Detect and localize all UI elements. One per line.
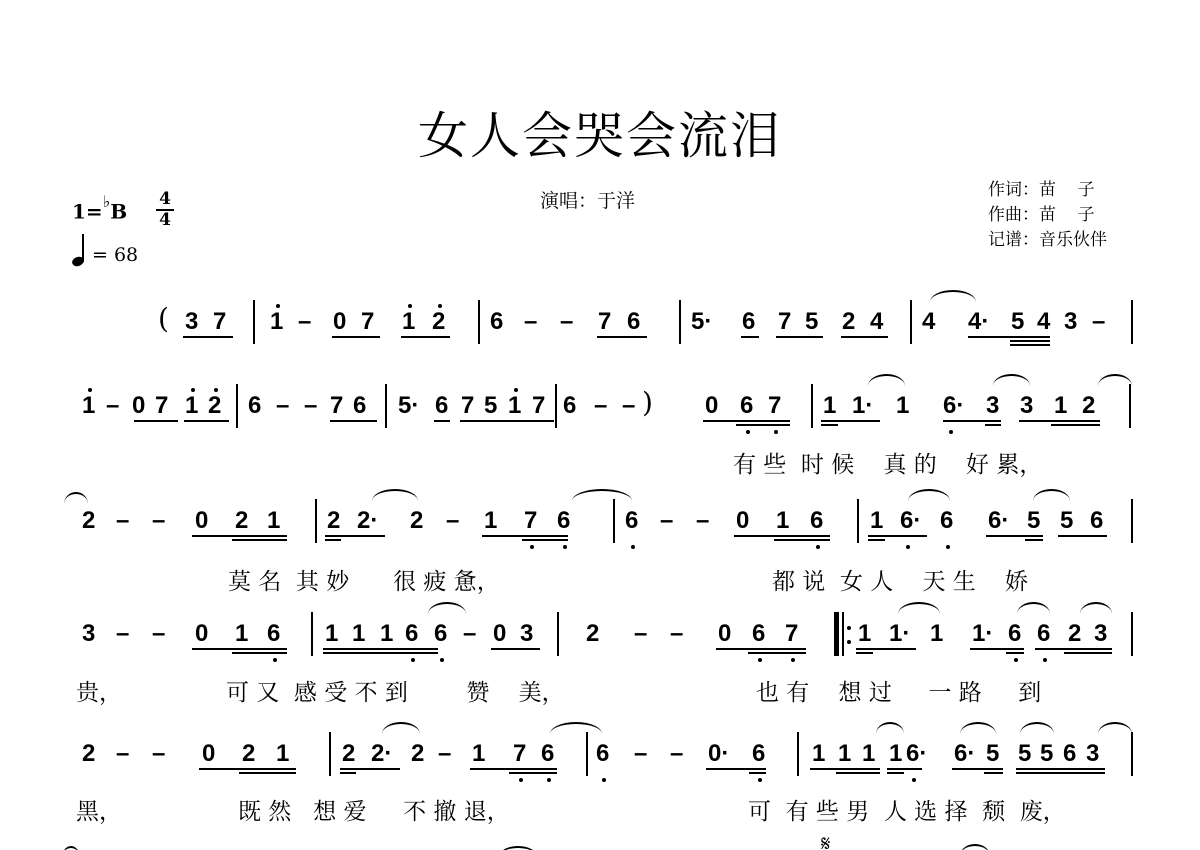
high-octave-dot: [88, 388, 92, 392]
note: 6: [434, 620, 447, 648]
note: 6: [940, 507, 953, 535]
low-octave-dot: [631, 545, 635, 549]
slur-mark: [62, 846, 80, 850]
beam-underline: [986, 535, 1043, 537]
low-octave-dot: [758, 658, 762, 662]
note: 2: [208, 392, 221, 420]
note: 7: [213, 308, 226, 336]
beam-underline: [134, 420, 178, 422]
beam-underline: [199, 768, 296, 770]
singer-credit: 演唱：于洋: [540, 186, 635, 213]
composer-credit: 作曲：苗 子: [988, 203, 1107, 228]
note: 1: [267, 507, 280, 535]
note: 6: [557, 507, 570, 535]
high-octave-dot: [438, 304, 442, 308]
high-octave-dot: [514, 388, 518, 392]
high-octave-dot: [214, 388, 218, 392]
beam-underline: [776, 336, 823, 338]
lyric-text: 有 些 时 候 真 的 好 累，: [733, 446, 1042, 479]
credits-block: 作词：苗 子 作曲：苗 子 记谱：音乐伙伴: [988, 178, 1107, 253]
beam-underline: [232, 652, 287, 654]
slur-mark: [1033, 489, 1070, 501]
beam-underline: [774, 539, 830, 541]
lyricist-credit: 作词：苗 子: [988, 178, 1107, 203]
lyric-text: 莫 名 其 妙 很 疲 惫，: [228, 563, 500, 596]
note: –: [634, 740, 647, 768]
beam-underline: [325, 535, 385, 537]
note: 2: [410, 507, 423, 535]
note: 2: [1068, 620, 1081, 648]
lyric-text: 可 有 些 男 人 选 择 颓 废，: [748, 793, 1066, 826]
note: 1: [82, 392, 95, 420]
note: 6: [1037, 620, 1050, 648]
note: 5: [1060, 507, 1073, 535]
note: 4: [1037, 308, 1050, 336]
note: 1: [930, 620, 943, 648]
note: 2·: [371, 740, 392, 768]
note: –: [560, 308, 573, 336]
note: 6·: [906, 740, 927, 768]
note: 4: [870, 308, 883, 336]
segno-icon: 𝄋: [821, 832, 830, 850]
barline: [329, 732, 331, 776]
slur-mark: [930, 290, 976, 302]
note: 3: [1020, 392, 1033, 420]
note: 1: [352, 620, 365, 648]
note: –: [696, 507, 709, 535]
beam-underline: [460, 420, 507, 422]
note: 7: [524, 507, 537, 535]
note: –: [116, 620, 129, 648]
note: 3: [185, 308, 198, 336]
beam-underline: [821, 420, 880, 422]
note: 6: [627, 308, 640, 336]
barline: [1131, 499, 1133, 543]
note: 7: [532, 392, 545, 420]
beam-underline: [856, 652, 873, 654]
note: 1: [185, 392, 198, 420]
barline: [555, 384, 557, 428]
note: –: [276, 392, 289, 420]
low-octave-dot: [440, 658, 444, 662]
low-octave-dot: [791, 658, 795, 662]
note: 2: [586, 620, 599, 648]
note: 5: [484, 392, 497, 420]
barline: [910, 300, 912, 344]
beam-underline: [706, 768, 766, 770]
note: 1: [896, 392, 909, 420]
note: 5·: [691, 308, 712, 336]
beam-underline: [716, 648, 806, 650]
note: 6: [353, 392, 366, 420]
beam-underline: [887, 768, 922, 770]
note: –: [106, 392, 119, 420]
barline: [557, 612, 559, 656]
beam-underline: [1010, 344, 1050, 346]
low-octave-dot: [411, 658, 415, 662]
barline: [1131, 732, 1133, 776]
note: 1: [325, 620, 338, 648]
beam-underline: [507, 420, 554, 422]
note: 7: [768, 392, 781, 420]
note: 0: [132, 392, 145, 420]
barline: [385, 384, 387, 428]
note: 1: [402, 308, 415, 336]
slur-mark: [993, 374, 1030, 386]
note: 5: [805, 308, 818, 336]
note: –: [152, 740, 165, 768]
note: 6: [752, 620, 765, 648]
tempo-value: = 68: [92, 244, 138, 266]
note: 0: [333, 308, 346, 336]
beam-underline: [1010, 340, 1050, 342]
note: 1: [858, 620, 871, 648]
beam-underline: [703, 420, 790, 422]
note: 6: [563, 392, 576, 420]
beam-underline: [340, 768, 400, 770]
transcriber-credit: 记谱：音乐伙伴: [988, 228, 1107, 253]
slur-mark: [1098, 722, 1132, 734]
repeat-start-thin: [842, 612, 844, 656]
beam-underline: [192, 648, 287, 650]
beam-underline: [323, 648, 438, 650]
beam-underline: [482, 535, 568, 537]
beam-underline: [232, 539, 287, 541]
beam-underline: [325, 539, 341, 541]
note: 2·: [357, 507, 378, 535]
low-octave-dot: [949, 430, 953, 434]
barline: [613, 499, 615, 543]
note: 6: [740, 392, 753, 420]
note: 3: [986, 392, 999, 420]
note: 1: [812, 740, 825, 768]
note: 6: [625, 507, 638, 535]
song-title: 女人会哭会流泪: [0, 96, 1200, 168]
beam-underline: [1035, 648, 1112, 650]
beam-underline: [1051, 424, 1100, 426]
note: 6: [541, 740, 554, 768]
beam-underline: [434, 420, 450, 422]
note: 6: [1090, 507, 1103, 535]
note: 6: [752, 740, 765, 768]
beam-underline: [856, 648, 916, 650]
lyric-text: 贵，: [76, 674, 122, 707]
beam-underline: [810, 768, 880, 770]
lyric-text: 也 有 想 过 一 路 到: [756, 674, 1041, 707]
barline: [315, 499, 317, 543]
note: 1: [862, 740, 875, 768]
time-signature: 4 4: [156, 191, 174, 229]
note: 0: [718, 620, 731, 648]
beam-underline: [736, 424, 790, 426]
beam-underline: [868, 535, 927, 537]
slur-mark: [572, 489, 632, 501]
beam-underline: [470, 768, 557, 770]
note: 6: [405, 620, 418, 648]
notation-line: 2––02122·2–1766––0·611116·6·55563黑，既 然 想…: [0, 0, 1200, 100]
low-octave-dot: [774, 430, 778, 434]
high-octave-dot: [276, 304, 280, 308]
barline: [253, 300, 255, 344]
beam-underline: [841, 336, 888, 338]
beam-underline: [887, 772, 904, 774]
beam-underline: [749, 772, 766, 774]
note: 5: [1018, 740, 1031, 768]
slur-mark: [1017, 602, 1050, 614]
beam-underline: [1058, 535, 1107, 537]
repeat-dot: [847, 640, 851, 644]
beam-underline: [970, 648, 1024, 650]
low-octave-dot: [816, 545, 820, 549]
note: 1: [870, 507, 883, 535]
slur-mark: [498, 846, 538, 850]
slur-mark: [876, 722, 904, 734]
note: 3: [1064, 308, 1077, 336]
high-octave-dot: [408, 304, 412, 308]
time-numerator: 4: [156, 191, 174, 208]
beam-underline: [597, 336, 647, 338]
note: –: [446, 507, 459, 535]
note: 1: [889, 740, 902, 768]
barline: [236, 384, 238, 428]
parenthesis: (: [158, 302, 169, 335]
note: 2: [82, 507, 95, 535]
note: 1: [276, 740, 289, 768]
note: 7: [778, 308, 791, 336]
note: –: [524, 308, 537, 336]
note: 0: [195, 507, 208, 535]
note: 2: [242, 740, 255, 768]
note: 0: [493, 620, 506, 648]
note: 1: [235, 620, 248, 648]
flat-icon: ♭: [103, 192, 111, 211]
barline: [857, 499, 859, 543]
beam-underline: [1025, 539, 1043, 541]
low-octave-dot: [1014, 658, 1018, 662]
note: 0: [736, 507, 749, 535]
barline: [586, 732, 588, 776]
note: –: [594, 392, 607, 420]
repeat-dot: [847, 626, 851, 630]
slur-mark: [960, 844, 990, 850]
quarter-note-icon: [72, 234, 86, 266]
note: –: [670, 740, 683, 768]
slur-mark: [64, 492, 88, 504]
barline: [478, 300, 480, 344]
note: 6·: [943, 392, 964, 420]
beam-underline: [1006, 652, 1024, 654]
beam-underline: [401, 336, 450, 338]
beam-underline: [1064, 652, 1112, 654]
low-octave-dot: [273, 658, 277, 662]
note: –: [670, 620, 683, 648]
note: 6: [490, 308, 503, 336]
slur-mark: [960, 722, 996, 734]
beam-underline: [952, 768, 1003, 770]
time-denominator: 4: [156, 212, 174, 229]
key-note: B: [110, 200, 127, 224]
note: 1: [838, 740, 851, 768]
low-octave-dot: [602, 778, 606, 782]
note: 2: [432, 308, 445, 336]
note: –: [438, 740, 451, 768]
beam-underline: [734, 535, 830, 537]
note: –: [116, 507, 129, 535]
low-octave-dot: [519, 778, 523, 782]
slur-mark: [372, 489, 418, 501]
note: 5: [1040, 740, 1053, 768]
slur-mark: [428, 602, 466, 614]
low-octave-dot: [946, 545, 950, 549]
note: 6·: [954, 740, 975, 768]
barline: [311, 612, 313, 656]
note: 3: [1094, 620, 1107, 648]
note: 2: [1082, 392, 1095, 420]
note: 7: [361, 308, 374, 336]
beam-underline: [821, 424, 838, 426]
note: 7: [598, 308, 611, 336]
key-signature: 1=♭B: [72, 196, 127, 224]
note: –: [152, 620, 165, 648]
note: 2: [342, 740, 355, 768]
beam-underline: [509, 772, 557, 774]
beam-underline: [192, 535, 287, 537]
note: 1: [508, 392, 521, 420]
note: 5: [1011, 308, 1024, 336]
note: –: [116, 740, 129, 768]
note: 6: [810, 507, 823, 535]
note: –: [634, 620, 647, 648]
note: 1: [484, 507, 497, 535]
note: 3: [82, 620, 95, 648]
note: –: [152, 507, 165, 535]
note: 3: [1086, 740, 1099, 768]
note: 7: [513, 740, 526, 768]
note: 0·: [708, 740, 729, 768]
barline: [1131, 612, 1133, 656]
note: 6: [248, 392, 261, 420]
beam-underline: [183, 336, 233, 338]
lyric-text: 既 然 想 爱 不 撤 退，: [238, 793, 510, 826]
note: 4·: [968, 308, 989, 336]
slur-mark: [868, 374, 905, 386]
low-octave-dot: [1043, 658, 1047, 662]
note: 0: [202, 740, 215, 768]
tempo-marking: = 68: [72, 234, 138, 266]
note: 6: [742, 308, 755, 336]
beam-underline: [748, 652, 806, 654]
note: 7: [155, 392, 168, 420]
slur-mark: [382, 722, 420, 734]
beam-underline: [332, 336, 380, 338]
low-octave-dot: [746, 430, 750, 434]
note: 1: [1054, 392, 1067, 420]
note: –: [660, 507, 673, 535]
note: 2: [411, 740, 424, 768]
lyric-text: 都 说 女 人 天 生 娇: [772, 563, 1028, 596]
note: 1·: [852, 392, 873, 420]
slur-mark: [898, 602, 940, 614]
note: 5: [1027, 507, 1040, 535]
low-octave-dot: [563, 545, 567, 549]
low-octave-dot: [547, 778, 551, 782]
beam-underline: [323, 652, 438, 654]
note: 4: [922, 308, 935, 336]
lyric-text: 黑，: [76, 793, 122, 826]
slur-mark: [1098, 374, 1132, 386]
note: 1: [776, 507, 789, 535]
parenthesis: ): [642, 386, 653, 419]
note: 5: [986, 740, 999, 768]
beam-underline: [868, 539, 885, 541]
note: 1: [823, 392, 836, 420]
note: 2: [842, 308, 855, 336]
note: –: [304, 392, 317, 420]
note: –: [298, 308, 311, 336]
slur-mark: [1080, 602, 1112, 614]
note: 0: [705, 392, 718, 420]
note: 1·: [889, 620, 910, 648]
note: –: [1092, 308, 1105, 336]
key-prefix: 1=: [72, 200, 103, 224]
low-octave-dot: [758, 778, 762, 782]
low-octave-dot: [530, 545, 534, 549]
low-octave-dot: [912, 778, 916, 782]
beam-underline: [1016, 772, 1105, 774]
note: 1: [270, 308, 283, 336]
note: 7: [330, 392, 343, 420]
note: 7: [461, 392, 474, 420]
note: 3: [520, 620, 533, 648]
note: 6: [267, 620, 280, 648]
note: 0: [195, 620, 208, 648]
note: 2: [235, 507, 248, 535]
beam-underline: [1016, 768, 1105, 770]
note: 6: [1063, 740, 1076, 768]
note: 1: [472, 740, 485, 768]
slur-mark: [550, 722, 602, 734]
barline: [811, 384, 813, 428]
note: –: [463, 620, 476, 648]
beam-underline: [741, 336, 759, 338]
beam-underline: [239, 772, 296, 774]
high-octave-dot: [191, 388, 195, 392]
beam-underline: [522, 539, 568, 541]
barline: [797, 732, 799, 776]
note: 6·: [988, 507, 1009, 535]
note: 6: [1008, 620, 1021, 648]
barline: [1129, 384, 1131, 428]
slur-mark: [908, 489, 950, 501]
beam-underline: [984, 772, 1003, 774]
note: 2: [82, 740, 95, 768]
beam-underline: [340, 772, 356, 774]
barline: [1131, 300, 1133, 344]
note: 1: [380, 620, 393, 648]
beam-underline: [836, 772, 880, 774]
lyric-text: 可 又 感 受 不 到 赞 美，: [226, 674, 565, 707]
beam-underline: [184, 420, 229, 422]
repeat-start-barline: [834, 612, 839, 656]
note: 6: [435, 392, 448, 420]
note: 2: [327, 507, 340, 535]
barline: [679, 300, 681, 344]
beam-underline: [985, 424, 1001, 426]
note: 1·: [972, 620, 993, 648]
note: 6·: [900, 507, 921, 535]
note: 5·: [398, 392, 419, 420]
beam-underline: [943, 420, 1001, 422]
